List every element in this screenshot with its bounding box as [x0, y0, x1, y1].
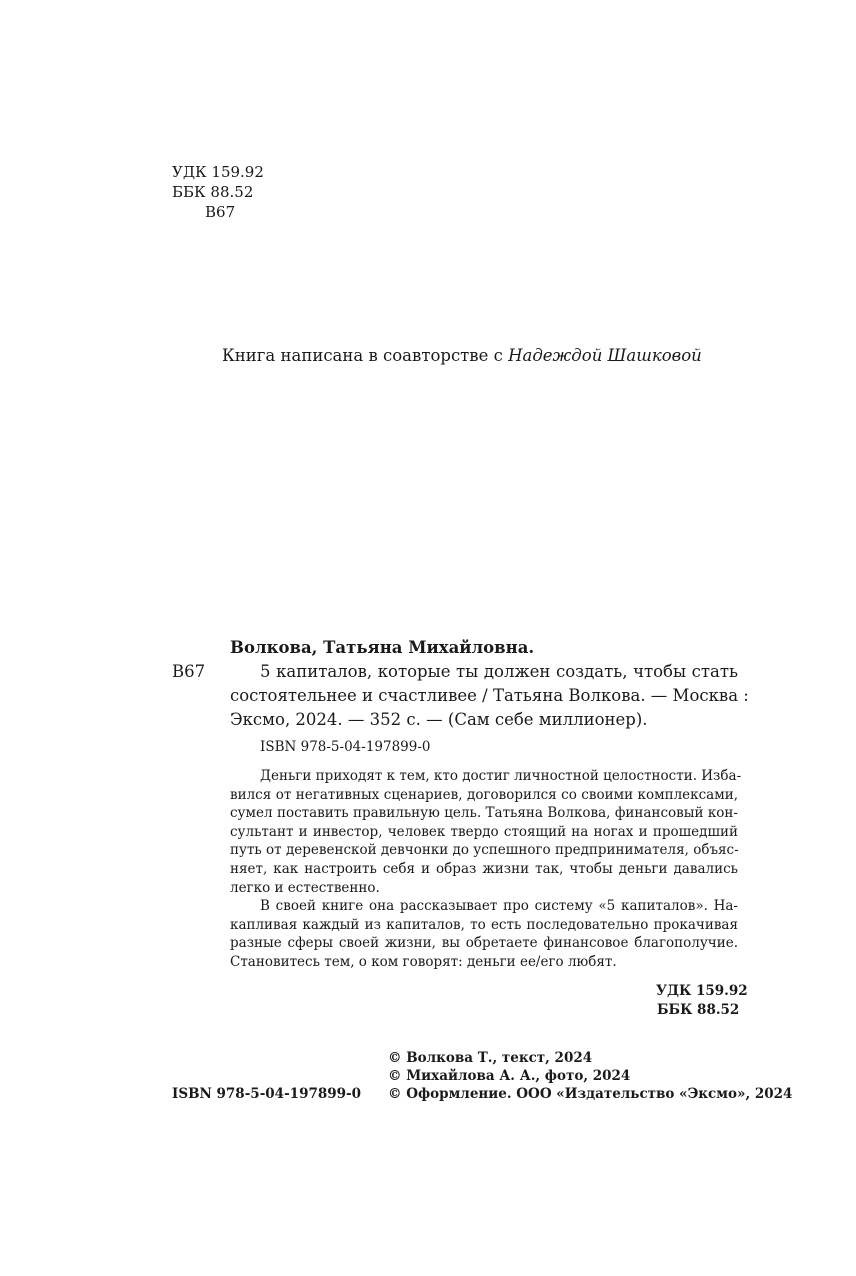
- biblio-line: 5 капиталов, которые ты должен создать, …: [230, 660, 738, 684]
- author-mark-left: В67: [172, 660, 205, 684]
- biblio-line: состоятельнее и счастливее / Татьяна Вол…: [230, 684, 738, 708]
- copyright-block: © Волкова Т., текст, 2024 © Михайлова А.…: [388, 1049, 792, 1103]
- annotation-line: капливая каждый из капиталов, то есть по…: [230, 916, 738, 935]
- annotation-line: легко и естественно.: [230, 879, 738, 898]
- annotation-line: В своей книге она рассказывает про систе…: [230, 897, 738, 916]
- annotation-line: вился от негативных сценариев, договорил…: [230, 786, 738, 805]
- annotation-line: сумел поставить правильную цель. Татьяна…: [230, 804, 738, 823]
- coauthor-name: Надеждой Шашковой: [508, 346, 702, 365]
- udk-code-bottom: УДК 159.92: [600, 982, 738, 1001]
- annotation-line: Становитесь тем, о ком говорят: деньги е…: [230, 953, 738, 972]
- classification-codes-bottom: УДК 159.92 ББК 88.52: [600, 982, 738, 1020]
- coauthor-line: Книга написана в соавторстве с Надеждой …: [222, 344, 702, 368]
- annotation: Деньги приходят к тем, кто достиг личнос…: [230, 767, 738, 972]
- copyright-line: © Михайлова А. А., фото, 2024: [388, 1067, 792, 1085]
- biblio-line: Эксмо, 2024. — 352 с. — (Сам себе миллио…: [230, 708, 738, 732]
- annotation-line: няет, как настроить себя и образ жизни т…: [230, 860, 738, 879]
- classification-codes-top: УДК 159.92 ББК 88.52 В67: [172, 162, 264, 222]
- isbn-bottom: ISBN 978-5-04-197899-0: [172, 1085, 361, 1103]
- annotation-line: разные сферы своей жизни, вы обретаете ф…: [230, 934, 738, 953]
- copyright-line: © Оформление. ООО «Издательство «Эксмо»,…: [388, 1085, 792, 1103]
- bibliographic-description: 5 капиталов, которые ты должен создать, …: [230, 660, 738, 732]
- bbk-code-bottom: ББК 88.52: [600, 1001, 738, 1020]
- annotation-line: путь от деревенской девчонки до успешног…: [230, 841, 738, 860]
- annotation-line: Деньги приходят к тем, кто достиг личнос…: [230, 767, 738, 786]
- bbk-code: ББК 88.52: [172, 182, 264, 202]
- author-heading: Волкова, Татьяна Михайловна.: [230, 636, 534, 660]
- copyright-line: © Волкова Т., текст, 2024: [388, 1049, 792, 1067]
- annotation-line: сультант и инвестор, человек твердо стоя…: [230, 823, 738, 842]
- isbn-record: ISBN 978-5-04-197899-0: [260, 737, 431, 757]
- author-mark: В67: [172, 202, 264, 222]
- udk-code: УДК 159.92: [172, 162, 264, 182]
- coauthor-prefix: Книга написана в соавторстве с: [222, 346, 508, 365]
